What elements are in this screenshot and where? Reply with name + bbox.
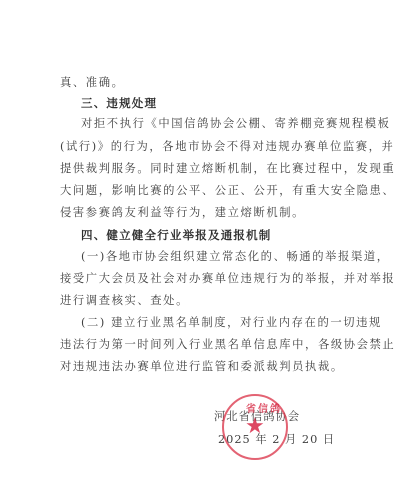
section-4-item-2-line-3: 对违规违法办赛单位进行监管和委派裁判员执裁。	[60, 360, 344, 374]
continuation-line: 真、准确。	[60, 76, 125, 90]
section-4-item-1-line-1: (一)各地市协会组织建立常态化的、畅通的举报渠道，	[81, 250, 390, 264]
section-4-item-1-line-2: 接受广大会员及社会对办赛单位违规行为的举报，并对举报	[60, 272, 395, 286]
section-4-item-2-line-2: 违法行为第一时间列入行业黑名单信息库中，各级协会禁止	[60, 338, 395, 352]
seal-top-text: 省信鸽	[246, 400, 282, 415]
section-4-item-2-line-1: (二) 建立行业黑名单制度，对行业内存在的一切违规	[81, 316, 382, 330]
section-3-heading: 三、违规处理	[81, 96, 157, 110]
document-page: 真、准确。 三、违规处理 对拒不执行《中国信鸽协会公棚、寄养棚竞赛规程模板 (试…	[0, 0, 398, 500]
section-3-line-1: 对拒不执行《中国信鸽协会公棚、寄养棚竞赛规程模板	[81, 117, 391, 131]
section-3-line-5: 侵害参赛鸽友利益等行为，建立熔断机制。	[60, 206, 305, 220]
section-4-item-1-line-3: 进行调查核实、查处。	[60, 294, 189, 308]
section-3-line-3: 提供裁判服务。同时建立熔断机制，在比赛过程中，发现重	[60, 162, 395, 176]
official-seal: 省信鸽 ★	[222, 394, 288, 460]
section-3-line-4: 大问题，影响比赛的公平、公正、公开，有重大安全隐患、	[60, 184, 395, 198]
section-4-heading: 四、健立健全行业举报及通报机制	[81, 228, 272, 242]
section-3-line-2: (试行)》的行为，各地市协会不得对违规办赛单位监赛，并	[60, 140, 394, 154]
seal-star-icon: ★	[245, 416, 265, 438]
